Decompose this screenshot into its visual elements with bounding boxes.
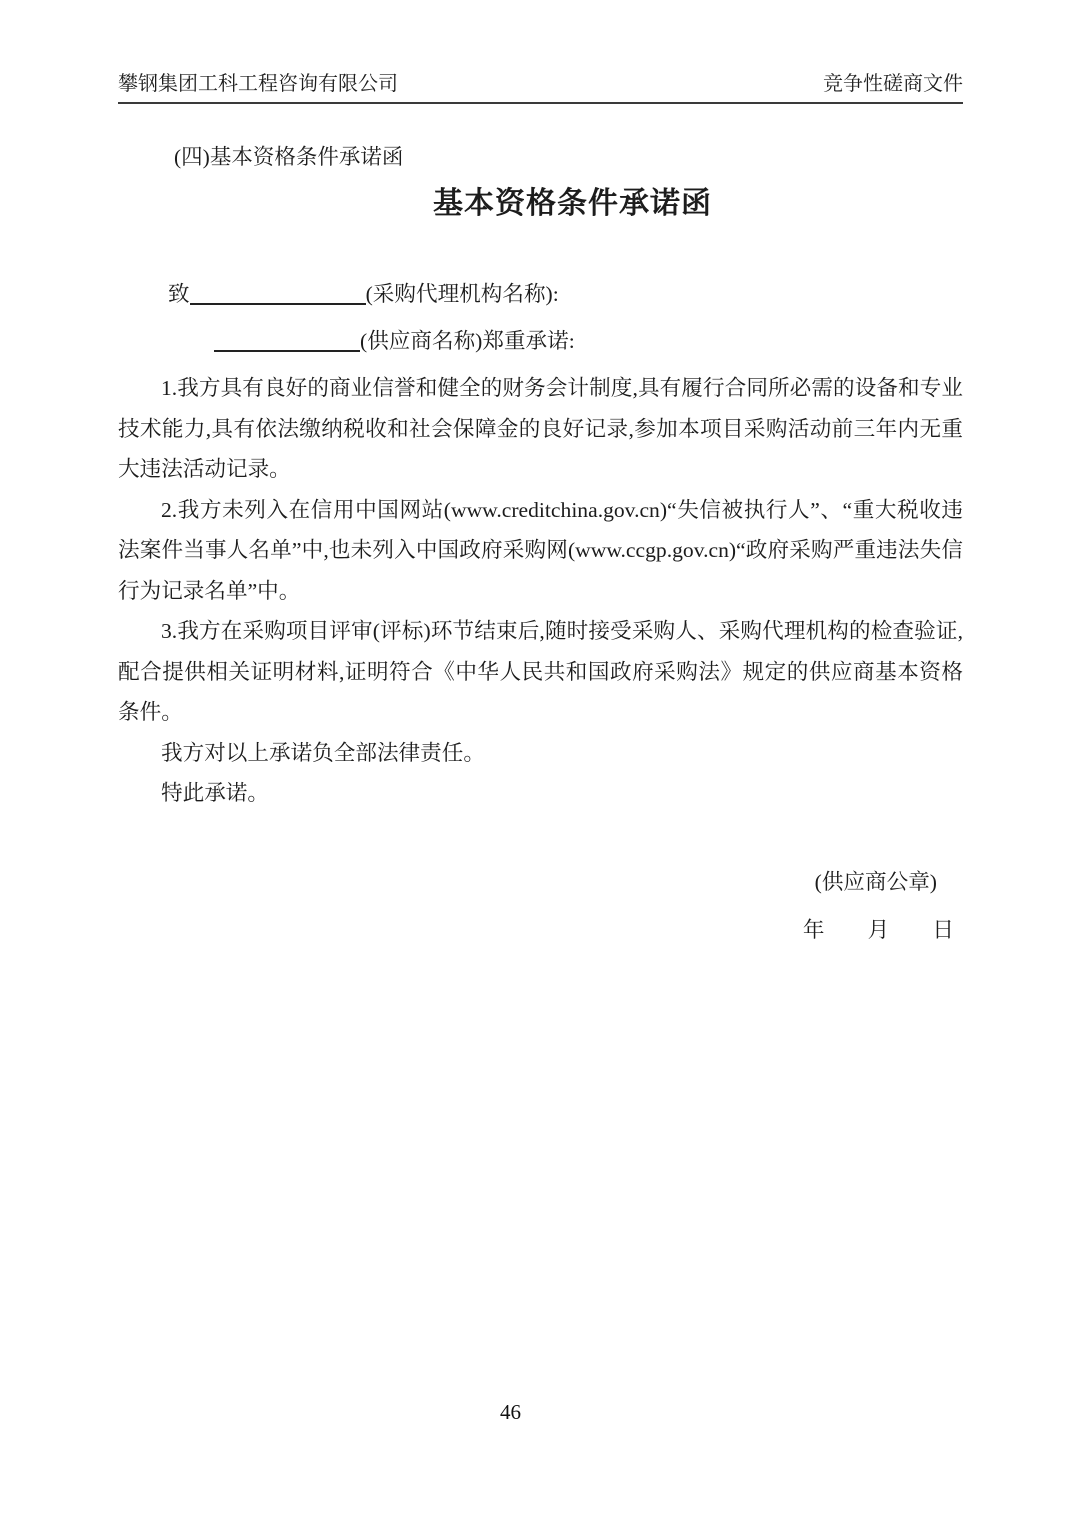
document-page: 攀钢集团工科工程咨询有限公司 竞争性磋商文件 (四)基本资格条件承诺函 基本资格…: [0, 0, 1074, 1520]
supplier-line: (供应商名称)郑重承诺:: [118, 325, 963, 357]
page-content: 攀钢集团工科工程咨询有限公司 竞争性磋商文件 (四)基本资格条件承诺函 基本资格…: [0, 0, 1074, 948]
signature-block: (供应商公章) 年 月 日: [118, 864, 963, 948]
salutation-suffix: (采购代理机构名称):: [366, 282, 559, 306]
paragraph-liability: 我方对以上承诺负全部法律责任。: [118, 733, 963, 774]
section-heading: (四)基本资格条件承诺函: [118, 142, 963, 172]
paragraph-2: 2.我方未列入在信用中国网站(www.creditchina.gov.cn)“失…: [118, 490, 963, 612]
body-text: 1.我方具有良好的商业信誉和健全的财务会计制度,具有履行合同所必需的设备和专业技…: [118, 368, 963, 814]
paragraph-3: 3.我方在采购项目评审(评标)环节结束后,随时接受采购人、采购代理机构的检查验证…: [118, 611, 963, 733]
header-doc-type: 竞争性磋商文件: [823, 72, 963, 96]
date-line: 年 月 日: [118, 912, 963, 948]
paragraph-closing: 特此承诺。: [118, 773, 963, 814]
salutation-prefix: 致: [168, 282, 190, 306]
agency-name-blank: [190, 279, 366, 305]
supplier-suffix: (供应商名称)郑重承诺:: [360, 329, 575, 353]
supplier-seal-label: (供应商公章): [118, 864, 963, 900]
page-header: 攀钢集团工科工程咨询有限公司 竞争性磋商文件: [118, 0, 963, 104]
page-number: 46: [118, 1398, 963, 1426]
paragraph-1: 1.我方具有良好的商业信誉和健全的财务会计制度,具有履行合同所必需的设备和专业技…: [118, 368, 963, 490]
header-company-name: 攀钢集团工科工程咨询有限公司: [118, 72, 398, 96]
salutation-line: 致(采购代理机构名称):: [118, 278, 963, 310]
page-title: 基本资格条件承诺函: [118, 184, 963, 224]
supplier-name-blank: [214, 326, 360, 352]
